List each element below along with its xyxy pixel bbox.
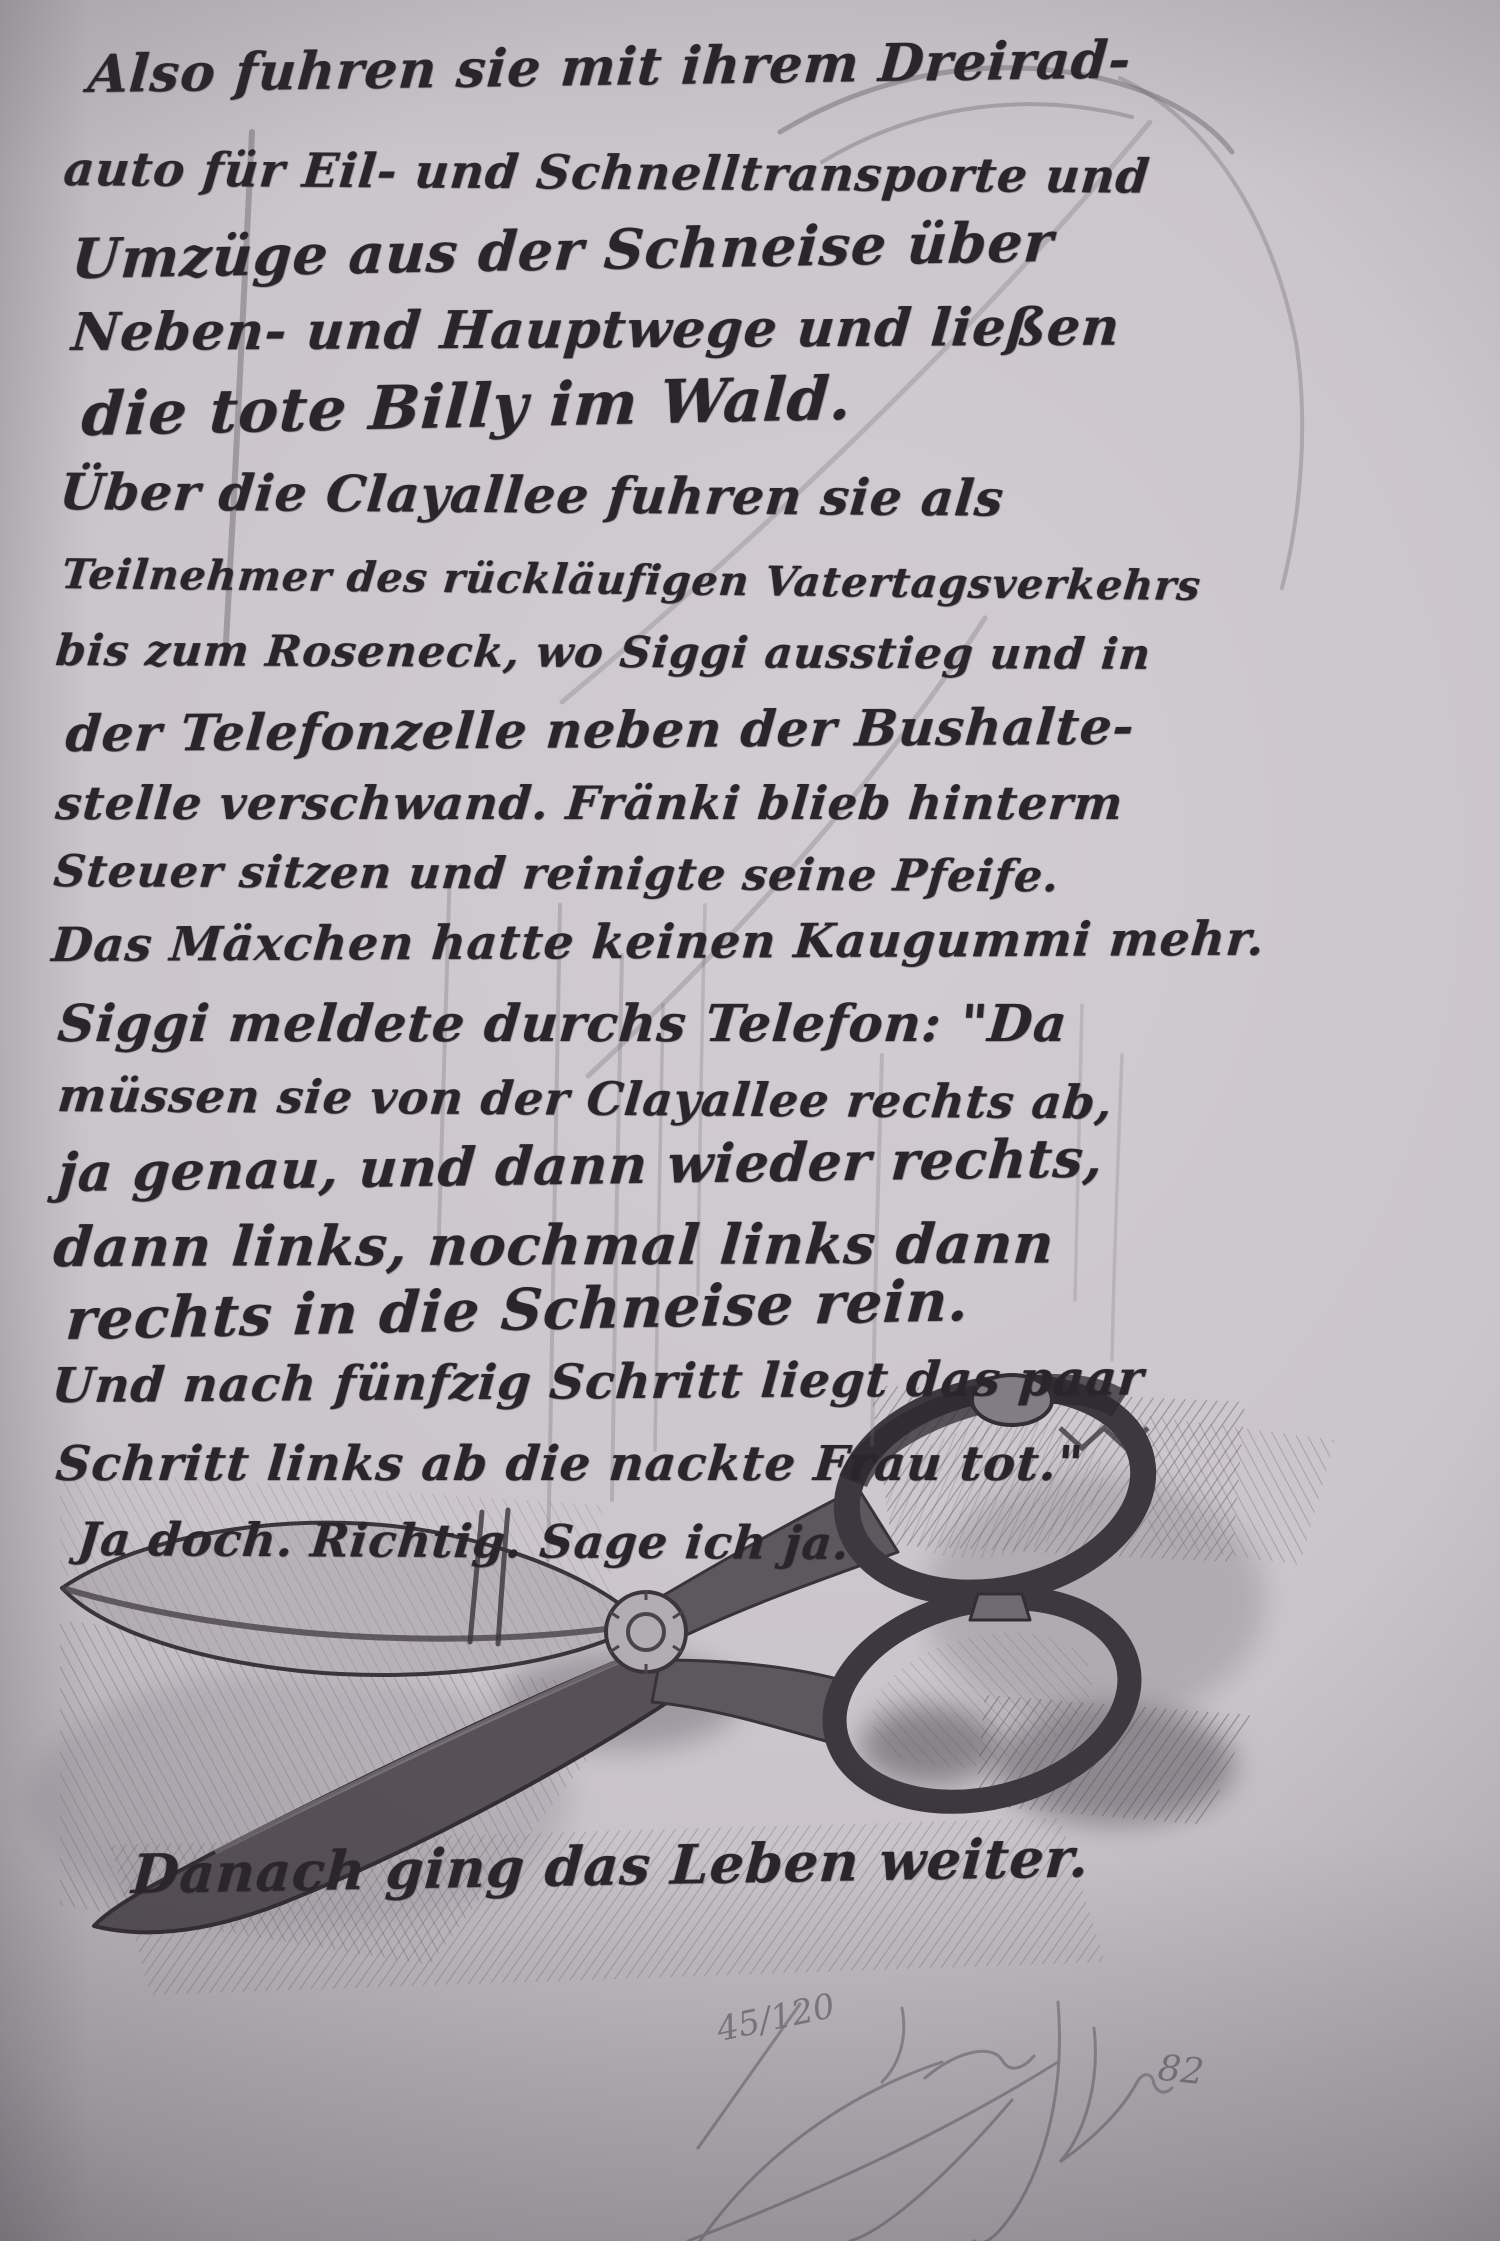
manuscript-line: Schritt links ab die nackte Frau tot." (54, 1436, 1086, 1492)
manuscript-line: Siggi meldete durchs Telefon: "Da (55, 994, 1070, 1054)
manuscript-line: müssen sie von der Clayallee rechts ab, (55, 1068, 1115, 1129)
manuscript-line: Und nach fünfzig Schritt liegt das paar (50, 1350, 1146, 1414)
manuscript-line: Umzüge aus der Schneise über (70, 209, 1056, 291)
manuscript-line: Über die Clayallee fuhren sie als (57, 462, 1007, 528)
manuscript-line: Das Mäxchen hatte keinen Kaugummi mehr. (50, 912, 1267, 973)
manuscript-line: Also fuhren sie mit ihrem Dreirad- (86, 29, 1134, 105)
manuscript-line: Ja doch. Richtig. Sage ich ja. (75, 1512, 852, 1570)
manuscript-line: Teilnehmer des rückläufigen Vatertagsver… (60, 550, 1204, 610)
manuscript-line: rechts in die Schneise rein. (64, 1267, 972, 1353)
paper-sheet: Also fuhren sie mit ihrem Dreirad- auto … (0, 0, 1500, 2241)
manuscript-text: Also fuhren sie mit ihrem Dreirad- auto … (0, 0, 1500, 2241)
manuscript-line: die tote Billy im Wald. (80, 364, 855, 450)
manuscript-line: bis zum Roseneck, wo Siggi ausstieg und … (54, 626, 1154, 680)
manuscript-line: auto für Eil- und Schnelltransporte und (61, 142, 1152, 205)
manuscript-line: Danach ging das Leben weiter. (130, 1825, 1092, 1906)
manuscript-line: Neben- und Hauptwege und ließen (69, 296, 1122, 363)
manuscript-line: ja genau, und dann wieder rechts, (56, 1127, 1106, 1204)
signature-year: 82 (1156, 2048, 1206, 2094)
manuscript-line: Steuer sitzen und reinigte seine Pfeife. (52, 846, 1062, 902)
manuscript-line: der Telefonzelle neben der Bushalte- (64, 697, 1137, 763)
manuscript-line: stelle verschwand. Fränki blieb hinterm (54, 776, 1126, 830)
